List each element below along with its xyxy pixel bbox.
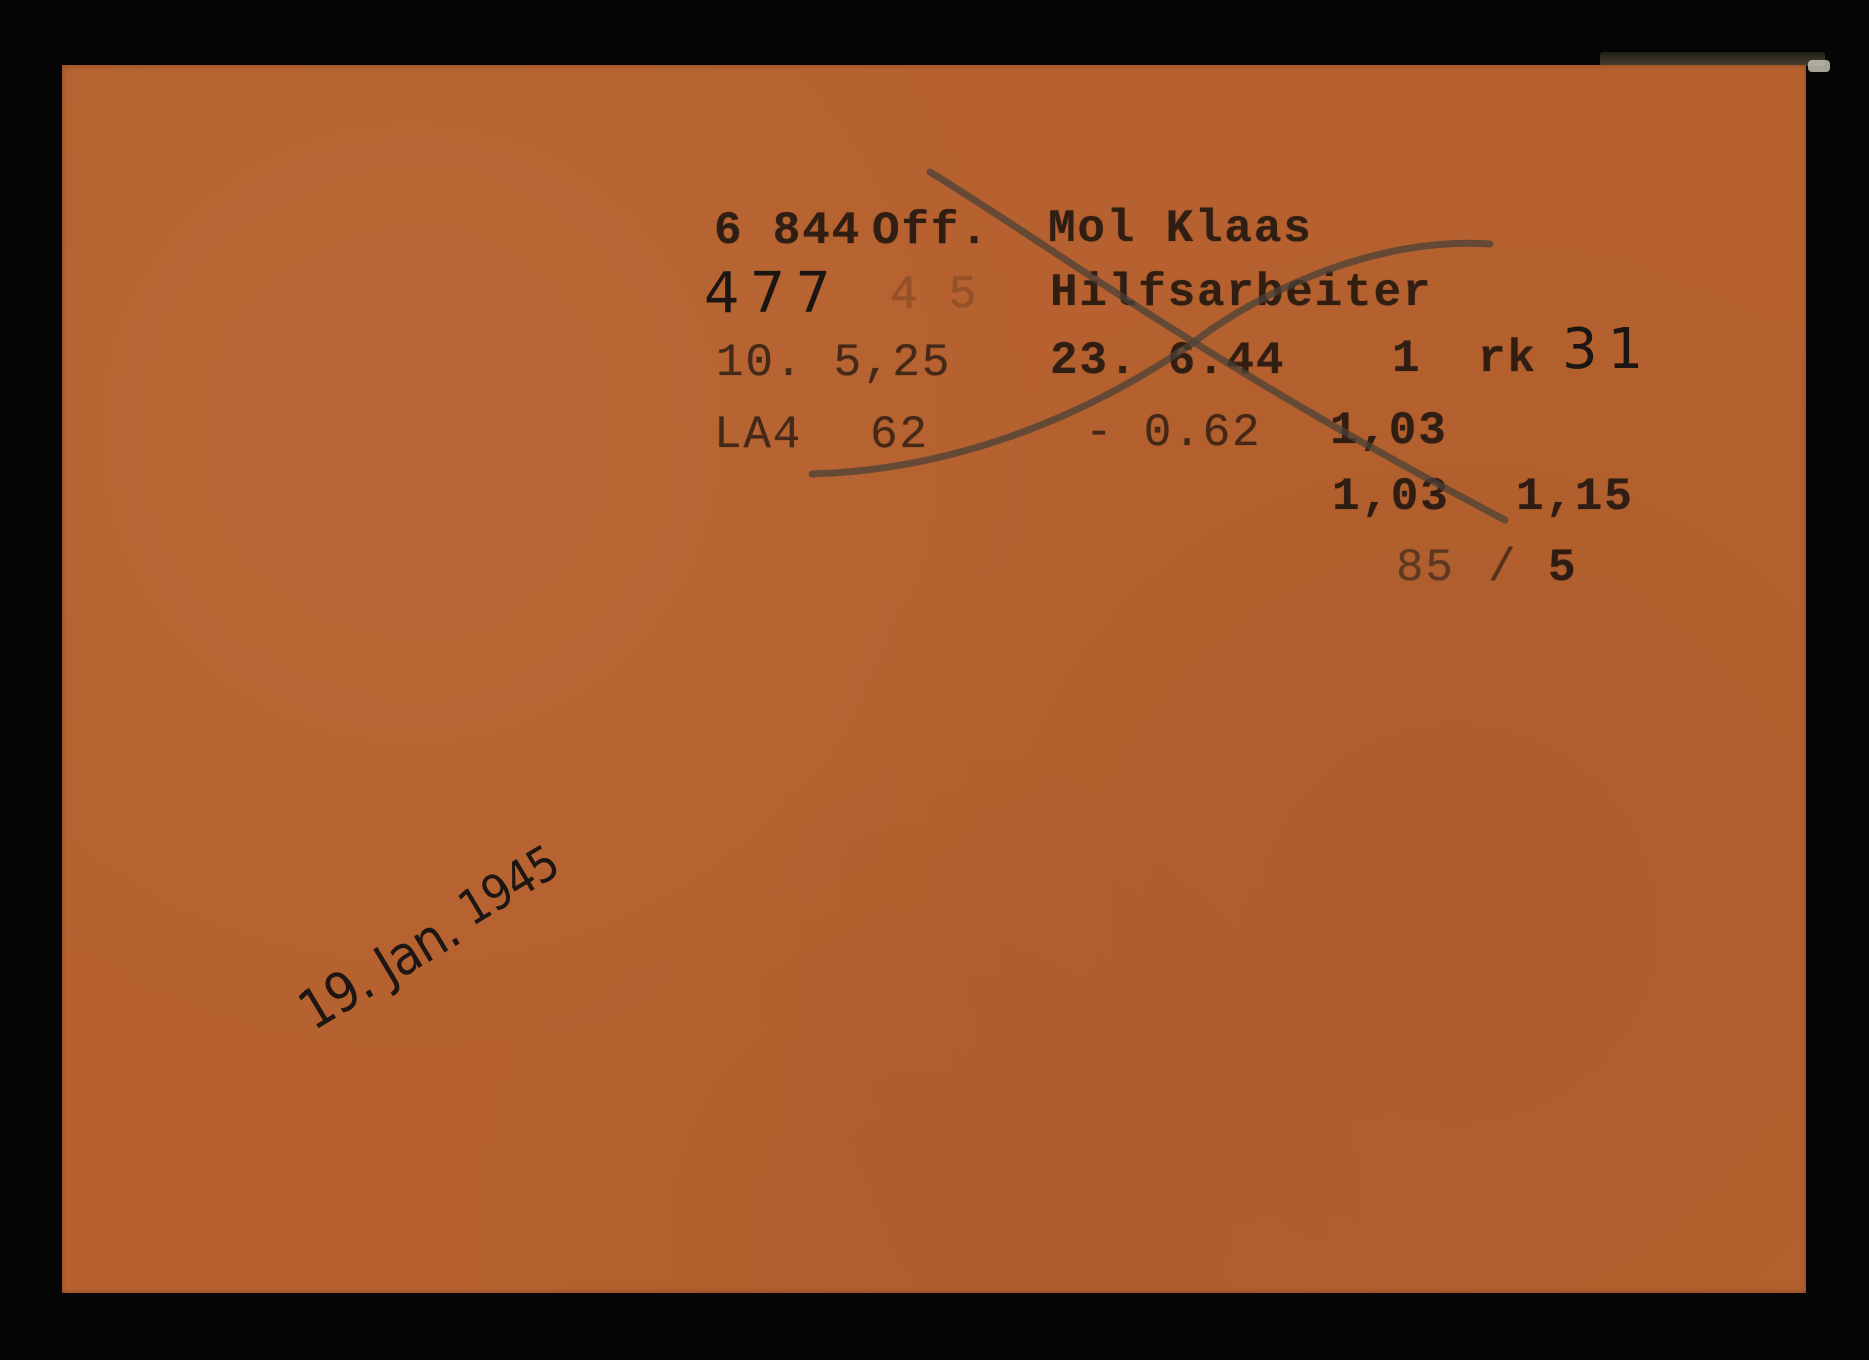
birth-date: 10. 5,25 [716, 340, 951, 386]
occupation: Hilfsarbeiter [1050, 270, 1432, 316]
card-top-edge-shadow [1600, 52, 1825, 66]
faded-marks: 4 5 [890, 272, 978, 318]
la-value: 62 [870, 412, 929, 458]
rk-label: rk [1478, 336, 1537, 382]
ref-separator: / [1488, 545, 1517, 591]
rk-number-handwritten: 31 [1562, 322, 1653, 378]
handwritten-number: 477 [704, 266, 841, 322]
status-abbrev: Off. [872, 208, 990, 254]
rate-1: 1,03 [1330, 408, 1448, 454]
ref-a: 85 [1396, 545, 1455, 591]
card-corner-tab [1808, 60, 1830, 72]
ref-b: 5 [1548, 545, 1577, 591]
la-code: LA4 [714, 412, 802, 458]
rate-3: 1,15 [1516, 474, 1634, 520]
person-name: Mol Klaas [1048, 206, 1313, 252]
entry-date: 23. 6.44 [1050, 338, 1285, 384]
code-one: 1 [1392, 336, 1421, 382]
card-number: 6 844 [714, 208, 861, 254]
rate-2: 1,03 [1332, 474, 1450, 520]
amount: - 0.62 [1085, 410, 1261, 456]
